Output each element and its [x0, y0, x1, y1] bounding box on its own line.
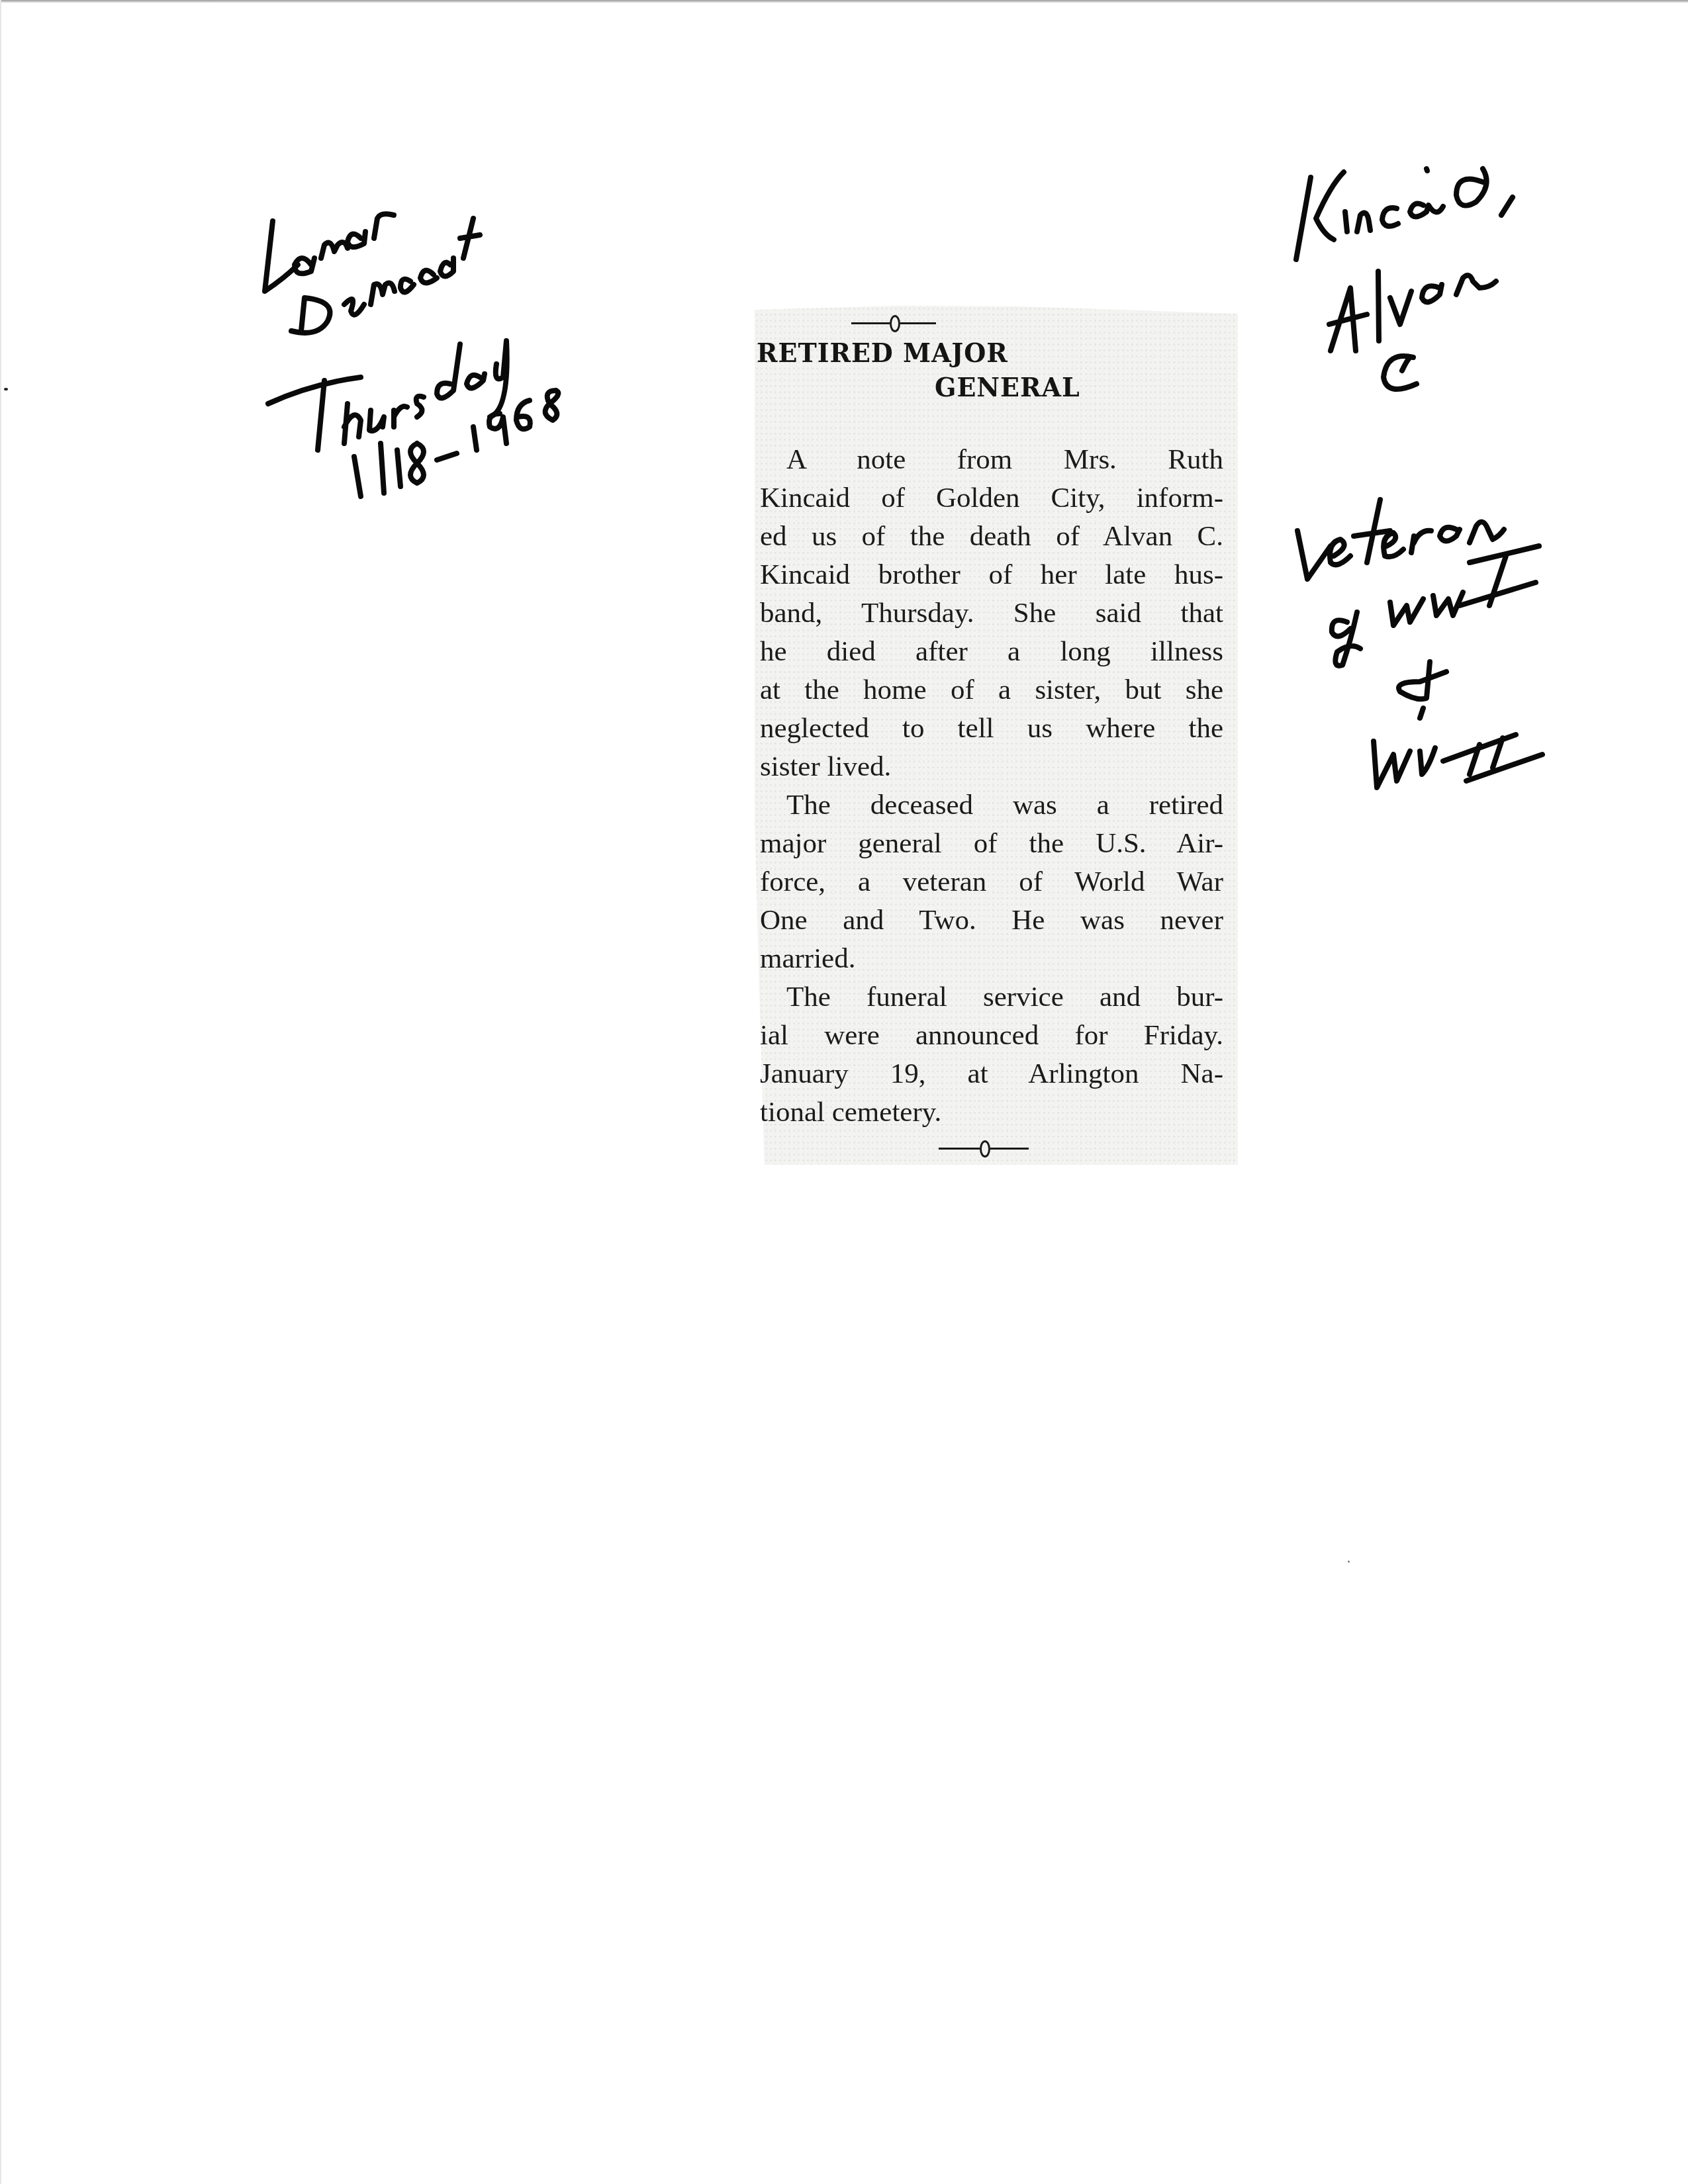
body-line: The deceased was a retired	[760, 786, 1223, 825]
handwritten-source-note	[238, 165, 596, 510]
handwriting-strokes	[238, 165, 596, 510]
handwritten-service-note	[1258, 490, 1549, 807]
handwritten-name-note	[1258, 159, 1536, 410]
body-line: neglected to tell us where the	[760, 709, 1223, 748]
body-line: ed us of the death of Alvan C.	[760, 518, 1223, 556]
body-line: ial were announced for Friday.	[760, 1017, 1223, 1055]
scan-top-edge	[0, 0, 1688, 3]
ornamental-rule-top	[851, 322, 936, 324]
handwriting-strokes	[1258, 159, 1536, 410]
body-line: tional cemetery.	[760, 1093, 1223, 1132]
ornamental-rule-bottom	[939, 1147, 1029, 1150]
body-line: Kincaid brother of her late hus-	[760, 556, 1223, 594]
headline-line-2: GENERAL	[935, 372, 1080, 403]
body-line: A note from Mrs. Ruth	[760, 441, 1223, 479]
body-line: January 19, at Arlington Na-	[760, 1055, 1223, 1093]
body-line: he died after a long illness	[760, 633, 1223, 671]
scan-speck	[4, 388, 8, 390]
body-line: band, Thursday. She said that	[760, 594, 1223, 633]
body-line: One and Two. He was never	[760, 901, 1223, 940]
scan-speck	[1348, 1561, 1350, 1563]
body-line: force, a veteran of World War	[760, 863, 1223, 901]
body-line: Kincaid of Golden City, inform-	[760, 479, 1223, 518]
body-line: married.	[760, 940, 1223, 978]
body-line: major general of the U.S. Air-	[760, 825, 1223, 863]
body-line: sister lived.	[760, 748, 1223, 786]
headline-line-1: RETIRED MAJOR	[757, 338, 1008, 369]
body-line: The funeral service and bur-	[760, 978, 1223, 1017]
handwriting-strokes	[1258, 490, 1549, 807]
scan-left-edge	[0, 0, 1, 2184]
obituary-body: A note from Mrs. Ruth Kincaid of Golden …	[760, 441, 1223, 1132]
body-line: at the home of a sister, but she	[760, 671, 1223, 709]
